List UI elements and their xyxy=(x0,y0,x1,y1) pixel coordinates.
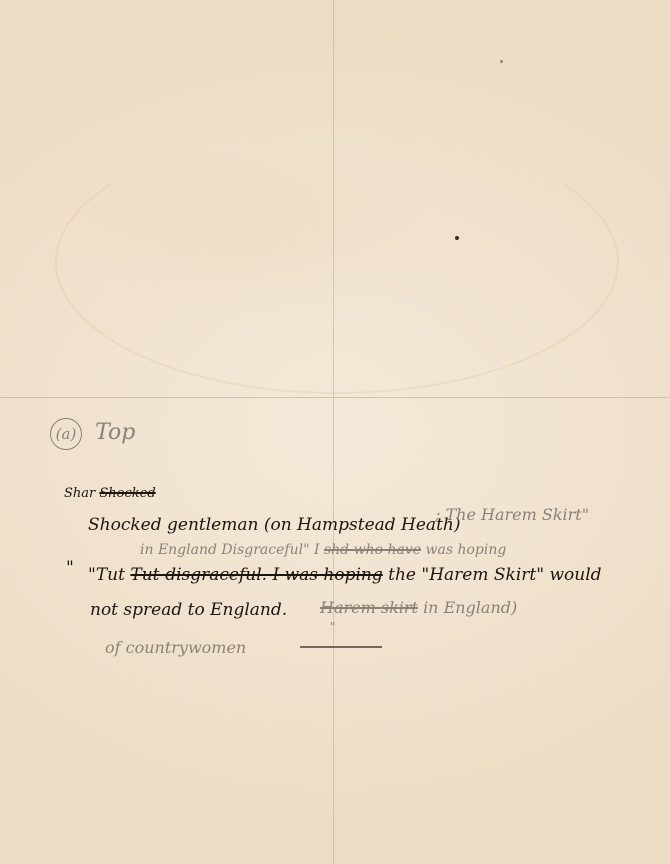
manuscript-page: (a) Top Shar Shocked Shocked gentleman (… xyxy=(0,0,670,864)
line-4-quote: " xyxy=(66,558,74,578)
ditto-mark: " xyxy=(330,620,336,634)
line-2: Shocked gentleman (on Hampstead Heath) xyxy=(88,515,460,535)
paper-stain xyxy=(55,130,619,394)
line-1: Shar Shocked xyxy=(64,486,156,501)
ink-speck xyxy=(455,236,459,240)
page-header: (a) Top xyxy=(50,418,135,450)
ink-speck xyxy=(500,60,503,63)
line-6: of countrywomen xyxy=(105,638,246,657)
line-2-pencil: ; The Harem Skirt" xyxy=(435,505,589,524)
horizontal-fold-line xyxy=(0,397,670,398)
circled-label: (a) xyxy=(50,418,82,450)
pencil-dash xyxy=(300,646,382,648)
header-label: Top xyxy=(95,420,135,445)
line-4: "Tut Tut-disgraceful. I was hoping the "… xyxy=(88,565,602,585)
line-5-pencil: Harem skirt in England) xyxy=(320,598,517,617)
line-5: not spread to England. xyxy=(90,600,287,620)
line-3: in England Disgraceful" I shd who have w… xyxy=(140,542,506,558)
vertical-fold-line xyxy=(333,0,334,864)
